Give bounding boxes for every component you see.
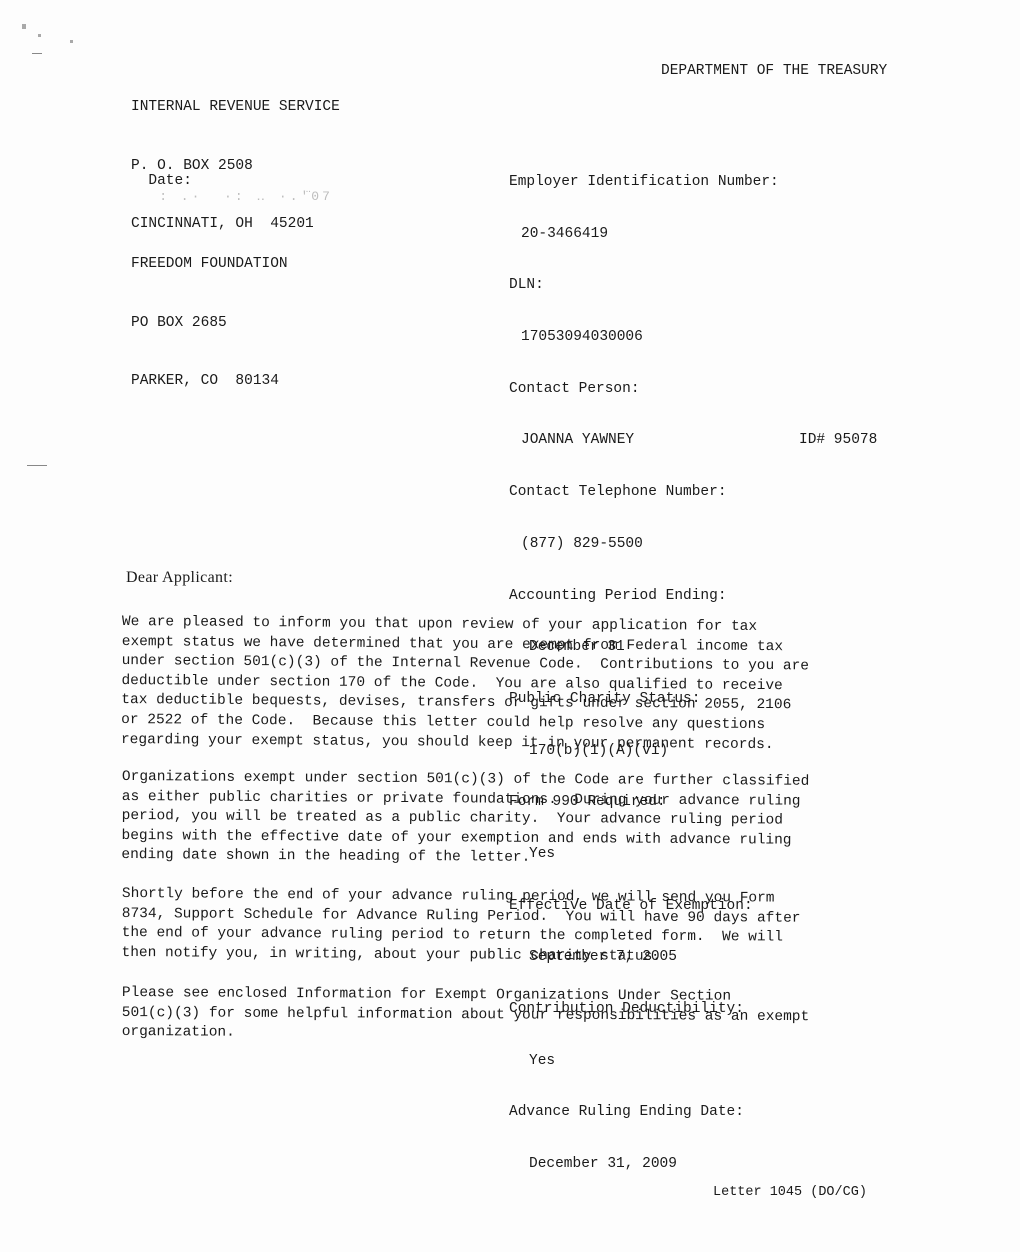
scan-artifact bbox=[32, 53, 42, 54]
scan-artifact bbox=[70, 40, 73, 43]
scan-artifact bbox=[22, 24, 26, 29]
scan-artifact bbox=[38, 34, 41, 37]
recipient-address-line2: PARKER, CO 80134 bbox=[131, 372, 288, 392]
letter-paragraph-2: Organizations exempt under section 501(c… bbox=[121, 768, 922, 872]
letter-form-number: Letter 1045 (DO/CG) bbox=[713, 1185, 867, 1200]
paragraph-line: then notify you, in writing, about your … bbox=[121, 944, 921, 969]
ein-label: Employer Identification Number: bbox=[509, 173, 779, 193]
department-heading: DEPARTMENT OF THE TREASURY bbox=[661, 63, 887, 79]
advance-ruling-value: December 31, 2009 bbox=[509, 1155, 779, 1175]
dln-value: 17053094030006 bbox=[509, 328, 779, 348]
date-row: Date: : .· ·: ‥ ·.'̈07 bbox=[131, 157, 333, 205]
dln-label: DLN: bbox=[509, 276, 779, 296]
contact-id: ID# 95078 bbox=[799, 431, 877, 451]
contact-person-label: Contact Person: bbox=[509, 380, 779, 400]
letter-paragraph-3: Shortly before the end of your advance r… bbox=[121, 885, 922, 969]
salutation: Dear Applicant: bbox=[126, 569, 233, 587]
date-label: Date: bbox=[148, 173, 192, 189]
recipient-address: FREEDOM FOUNDATION PO BOX 2685 PARKER, C… bbox=[131, 216, 288, 411]
paragraph-line: ending date shown in the heading of the … bbox=[121, 846, 921, 871]
letter-paragraph-4: Please see enclosed Information for Exem… bbox=[122, 984, 922, 1048]
letter-paragraph-1: We are pleased to inform you that upon r… bbox=[121, 613, 922, 756]
contact-person-row: JOANNA YAWNEYID# 95078 bbox=[509, 431, 779, 451]
contact-phone-label: Contact Telephone Number: bbox=[509, 483, 779, 503]
contact-phone-value: (877) 829-5500 bbox=[509, 535, 779, 555]
deductibility-value: Yes bbox=[509, 1052, 779, 1072]
accounting-period-label: Accounting Period Ending: bbox=[509, 587, 779, 607]
contact-person-value: JOANNA YAWNEY bbox=[521, 432, 634, 448]
recipient-name: FREEDOM FOUNDATION bbox=[131, 255, 288, 275]
recipient-address-line1: PO BOX 2685 bbox=[131, 314, 288, 334]
advance-ruling-label: Advance Ruling Ending Date: bbox=[509, 1103, 779, 1123]
ein-value: 20-3466419 bbox=[509, 225, 779, 245]
sender-name: INTERNAL REVENUE SERVICE bbox=[131, 98, 340, 118]
date-stamp-faded: : .· ·: ‥ ·.'̈07 bbox=[148, 189, 333, 204]
scan-artifact bbox=[27, 465, 47, 466]
